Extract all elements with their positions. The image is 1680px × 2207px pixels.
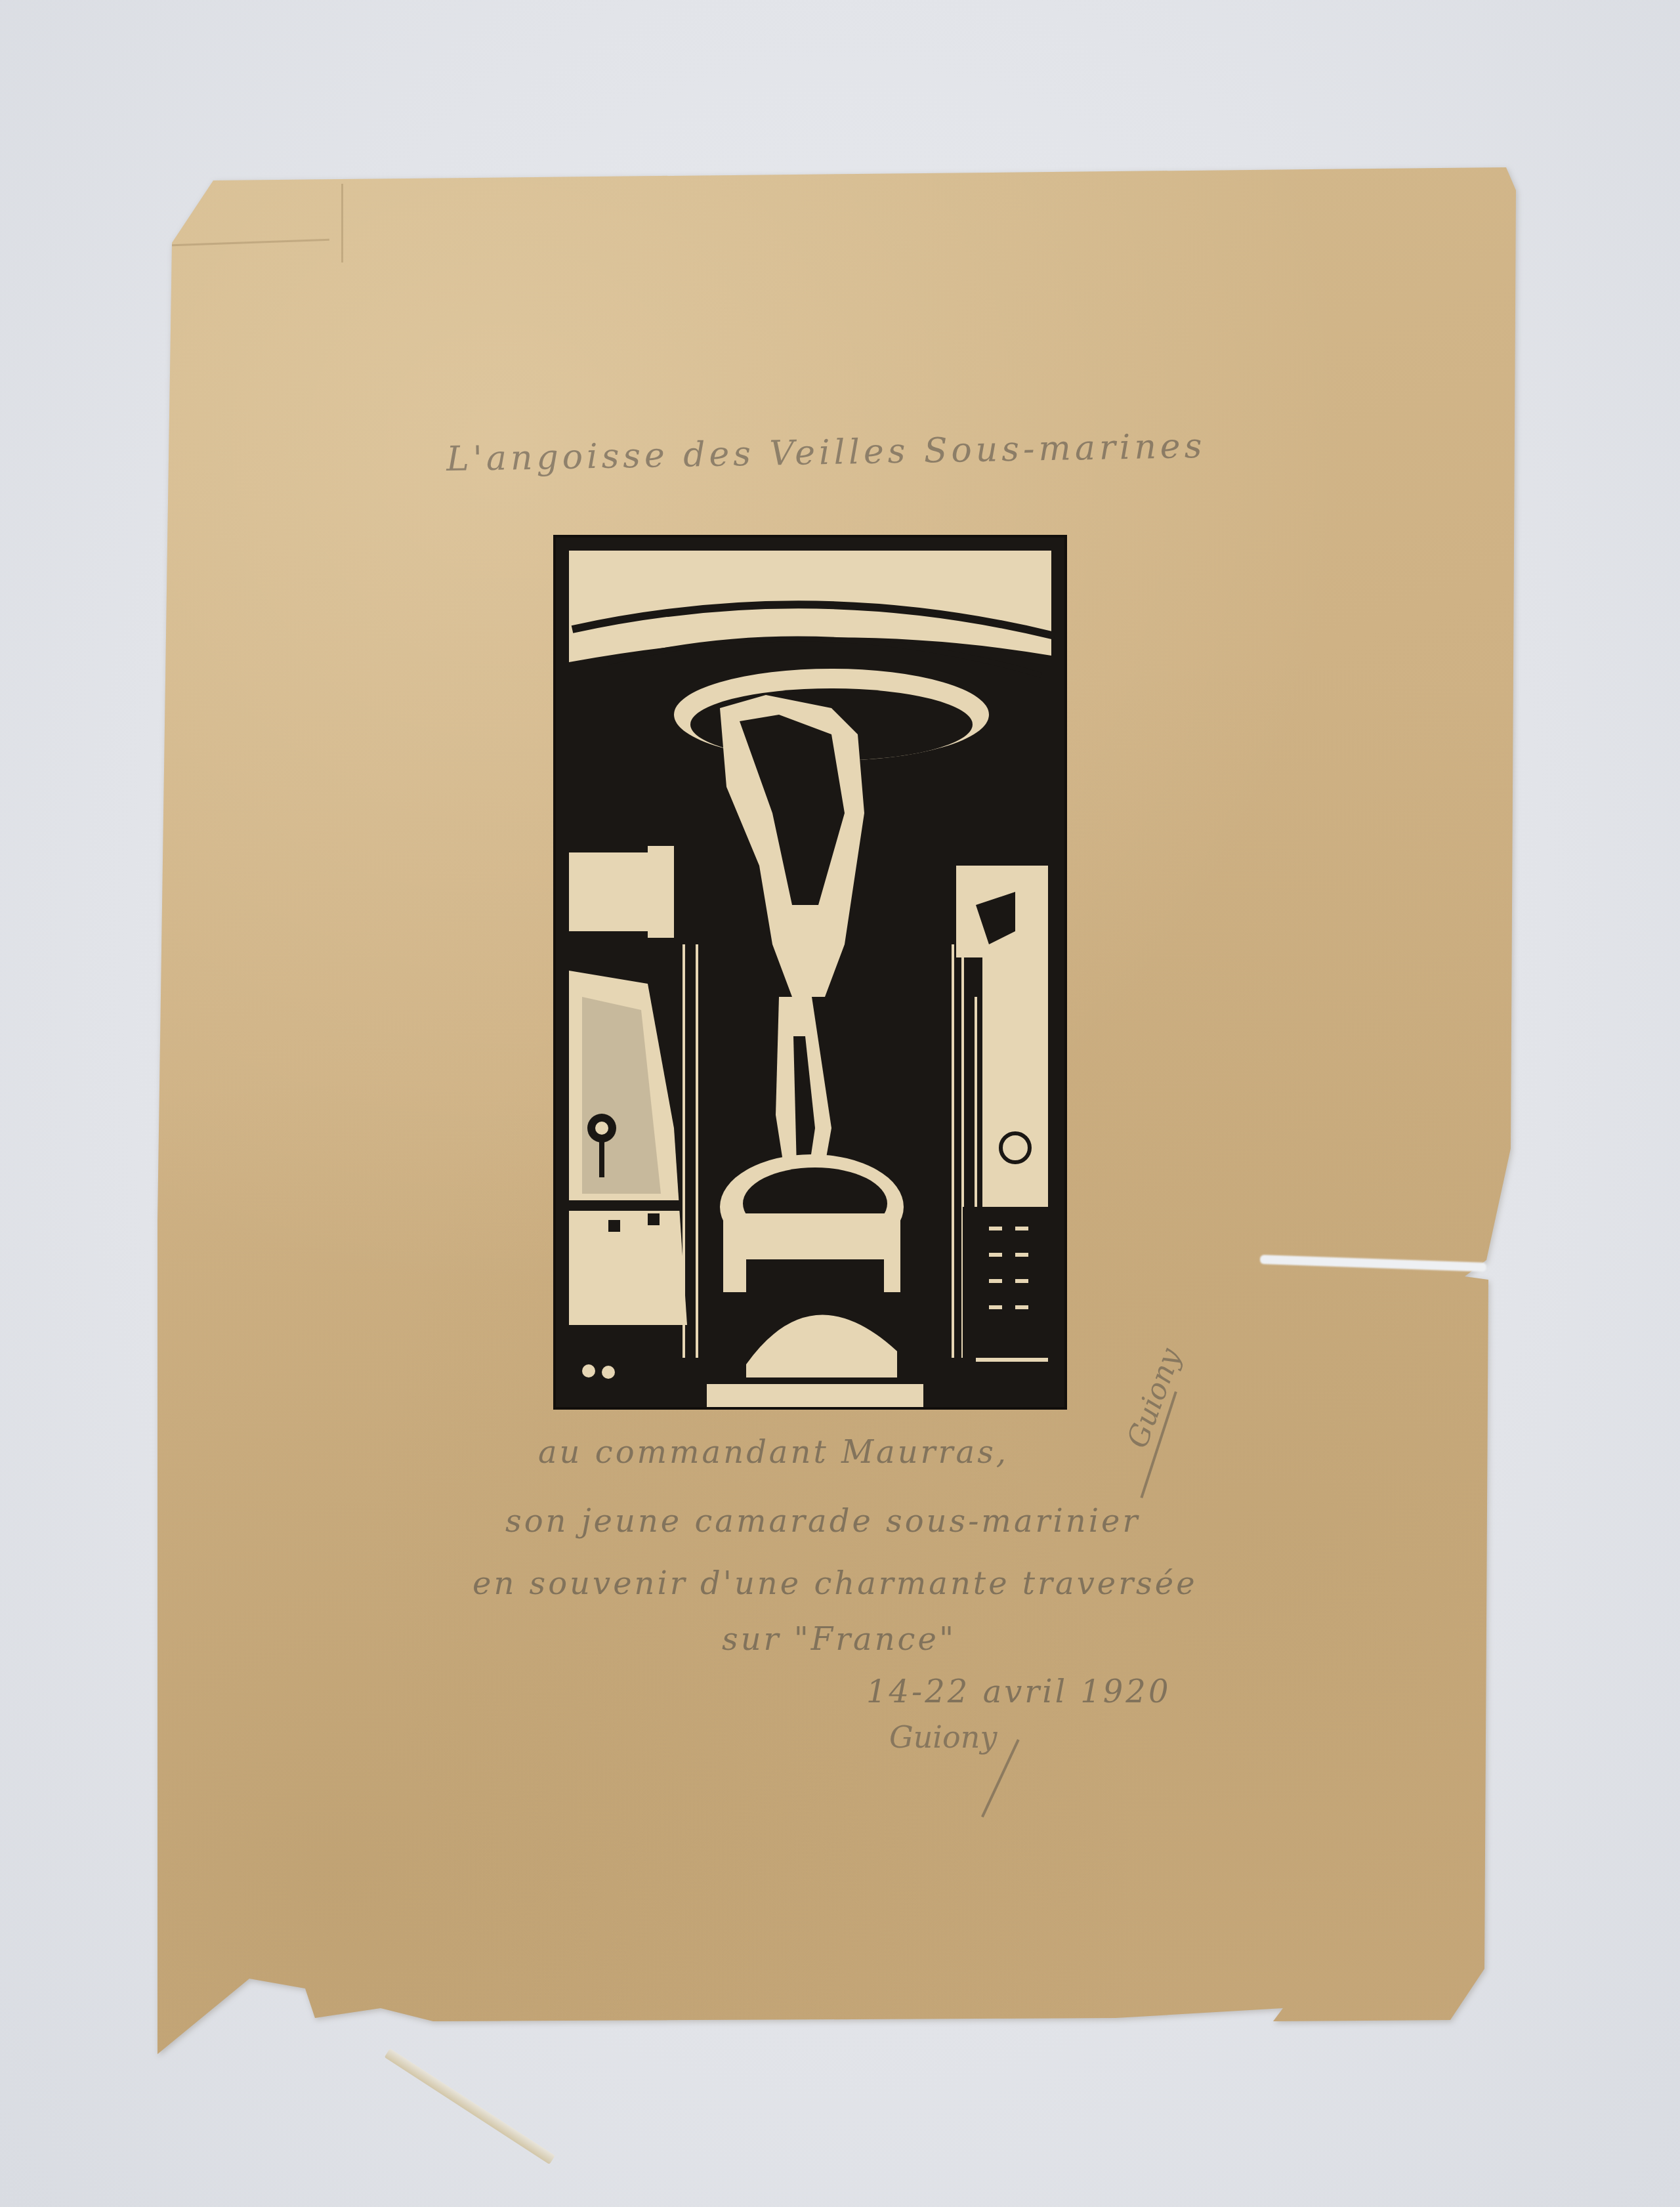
artist-signature-bottom: Guiony [889, 1719, 997, 1755]
dedication-line-3: en souvenir d'une charmante traversée [472, 1565, 1198, 1602]
woodcut-image [556, 537, 1064, 1407]
woodcut-print [553, 535, 1067, 1410]
dedication-line-4: sur "France" [722, 1621, 956, 1658]
dedication-line-1: au commandant Maurras, [538, 1434, 1009, 1471]
dedication-date: 14-22 avril 1920 [866, 1673, 1171, 1710]
fold-crease [341, 184, 343, 263]
dedication-line-2: son jeune camarade sous-marinier [505, 1503, 1140, 1540]
